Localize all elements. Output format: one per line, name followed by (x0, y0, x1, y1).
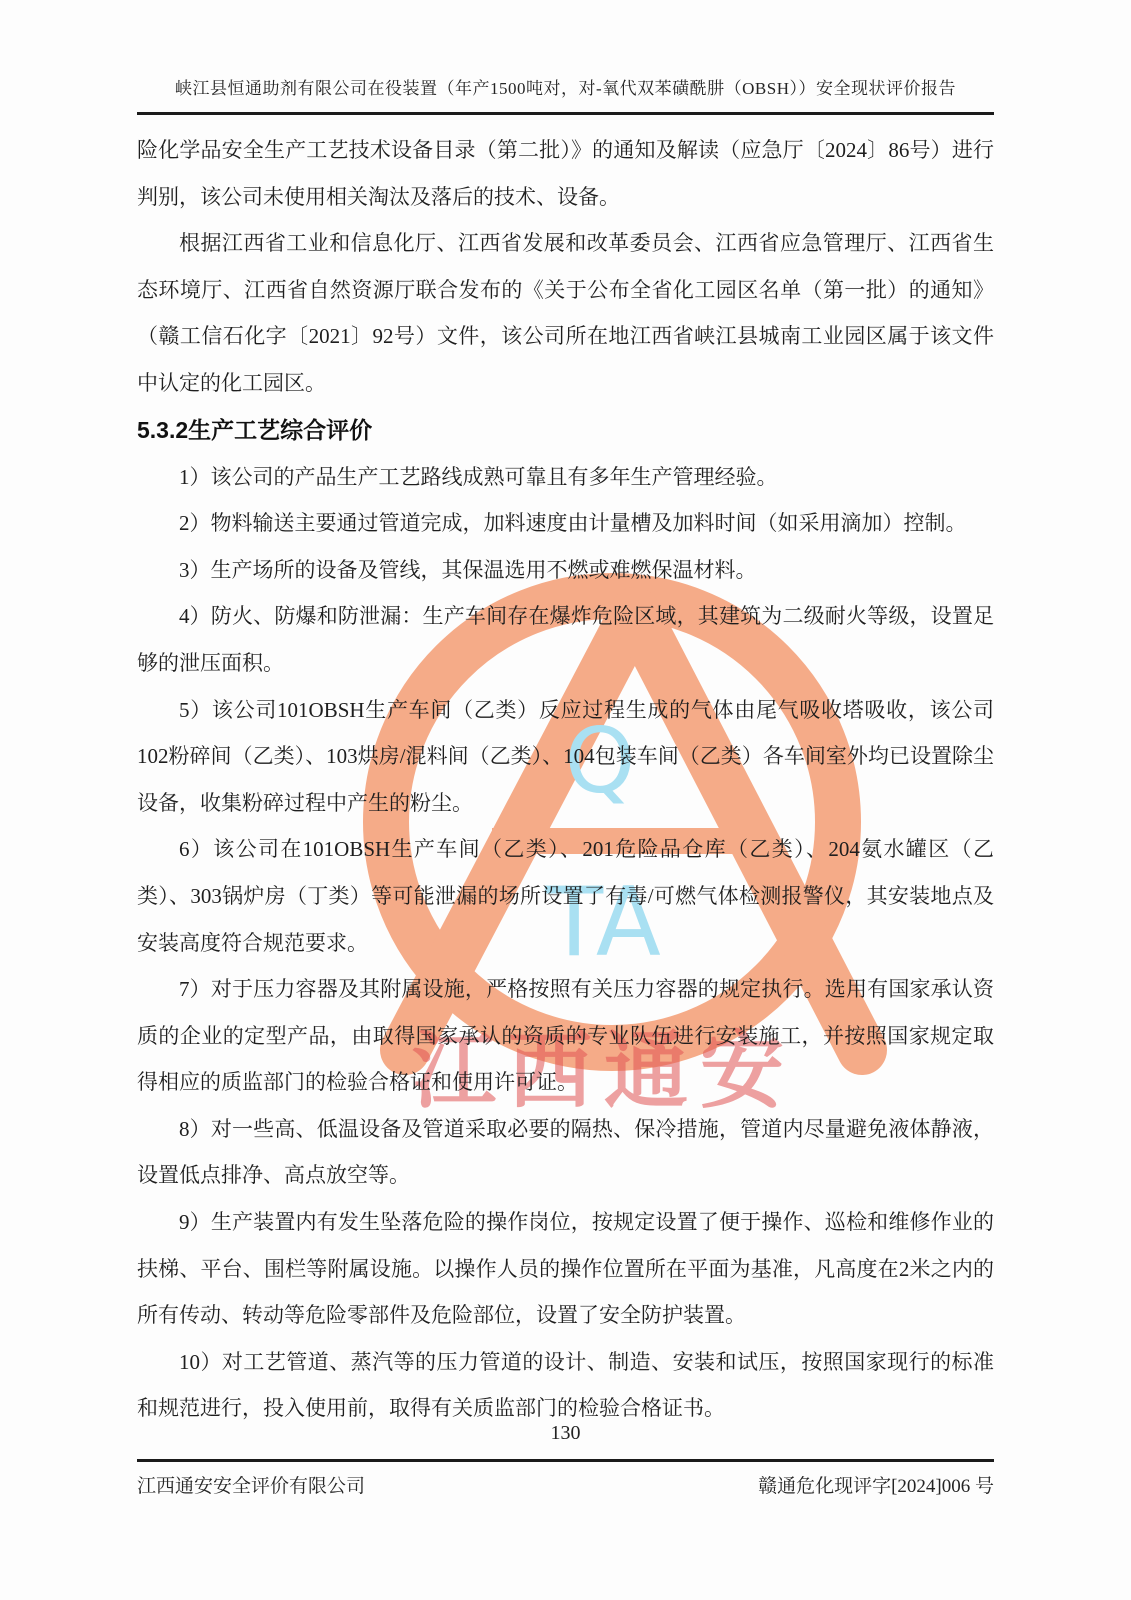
list-item: 1）该公司的产品生产工艺路线成熟可靠且有多年生产管理经验。 (137, 454, 994, 501)
list-item: 3）生产场所的设备及管线，其保温选用不燃或难燃保温材料。 (137, 547, 994, 594)
list-item: 2）物料输送主要通过管道完成，加料速度由计量槽及加料时间（如采用滴加）控制。 (137, 500, 994, 547)
list-item: 6）该公司在101OBSH生产车间（乙类）、201危险品仓库（乙类）、204氨水… (137, 826, 994, 966)
paragraph: 险化学品安全生产工艺技术设备目录（第二批）》的通知及解读（应急厅〔2024〕86… (137, 127, 994, 220)
page-footer: 江西通安安全评价有限公司 赣通危化现评字[2024]006 号 (137, 1459, 994, 1498)
list-item: 7）对于压力容器及其附属设施，严格按照有关压力容器的规定执行。选用有国家承认资质… (137, 966, 994, 1106)
document-body: 险化学品安全生产工艺技术设备目录（第二批）》的通知及解读（应急厅〔2024〕86… (137, 127, 994, 1432)
header-divider (137, 112, 994, 115)
document-page: Q TA 江西通安 峡江县恒通助剂有限公司在役装置（年产1500吨对，对-氧代双… (0, 0, 1131, 1600)
list-item: 5）该公司101OBSH生产车间（乙类）反应过程生成的气体由尾气吸收塔吸收，该公… (137, 687, 994, 827)
report-title: 峡江县恒通助剂有限公司在役装置（年产1500吨对，对-氧代双苯磺酰肼（OBSH）… (137, 76, 994, 102)
footer-company-name: 江西通安安全评价有限公司 (137, 1471, 365, 1498)
list-item: 9）生产装置内有发生坠落危险的操作岗位，按规定设置了便于操作、巡检和维修作业的扶… (137, 1199, 994, 1339)
list-item: 4）防火、防爆和防泄漏：生产车间存在爆炸危险区域，其建筑为二级耐火等级，设置足够… (137, 593, 994, 686)
list-item: 10）对工艺管道、蒸汽等的压力管道的设计、制造、安装和试压，按照国家现行的标准和… (137, 1339, 994, 1432)
list-item: 8）对一些高、低温设备及管道采取必要的隔热、保冷措施，管道内尽量避免液体静液，设… (137, 1106, 994, 1199)
page-number: 130 (0, 1422, 1131, 1445)
paragraph: 根据江西省工业和信息化厅、江西省发展和改革委员会、江西省应急管理厅、江西省生态环… (137, 220, 994, 406)
section-heading: 5.3.2生产工艺综合评价 (137, 407, 994, 454)
page-header: 峡江县恒通助剂有限公司在役装置（年产1500吨对，对-氧代双苯磺酰肼（OBSH）… (137, 76, 994, 115)
footer-doc-number: 赣通危化现评字[2024]006 号 (758, 1471, 994, 1498)
